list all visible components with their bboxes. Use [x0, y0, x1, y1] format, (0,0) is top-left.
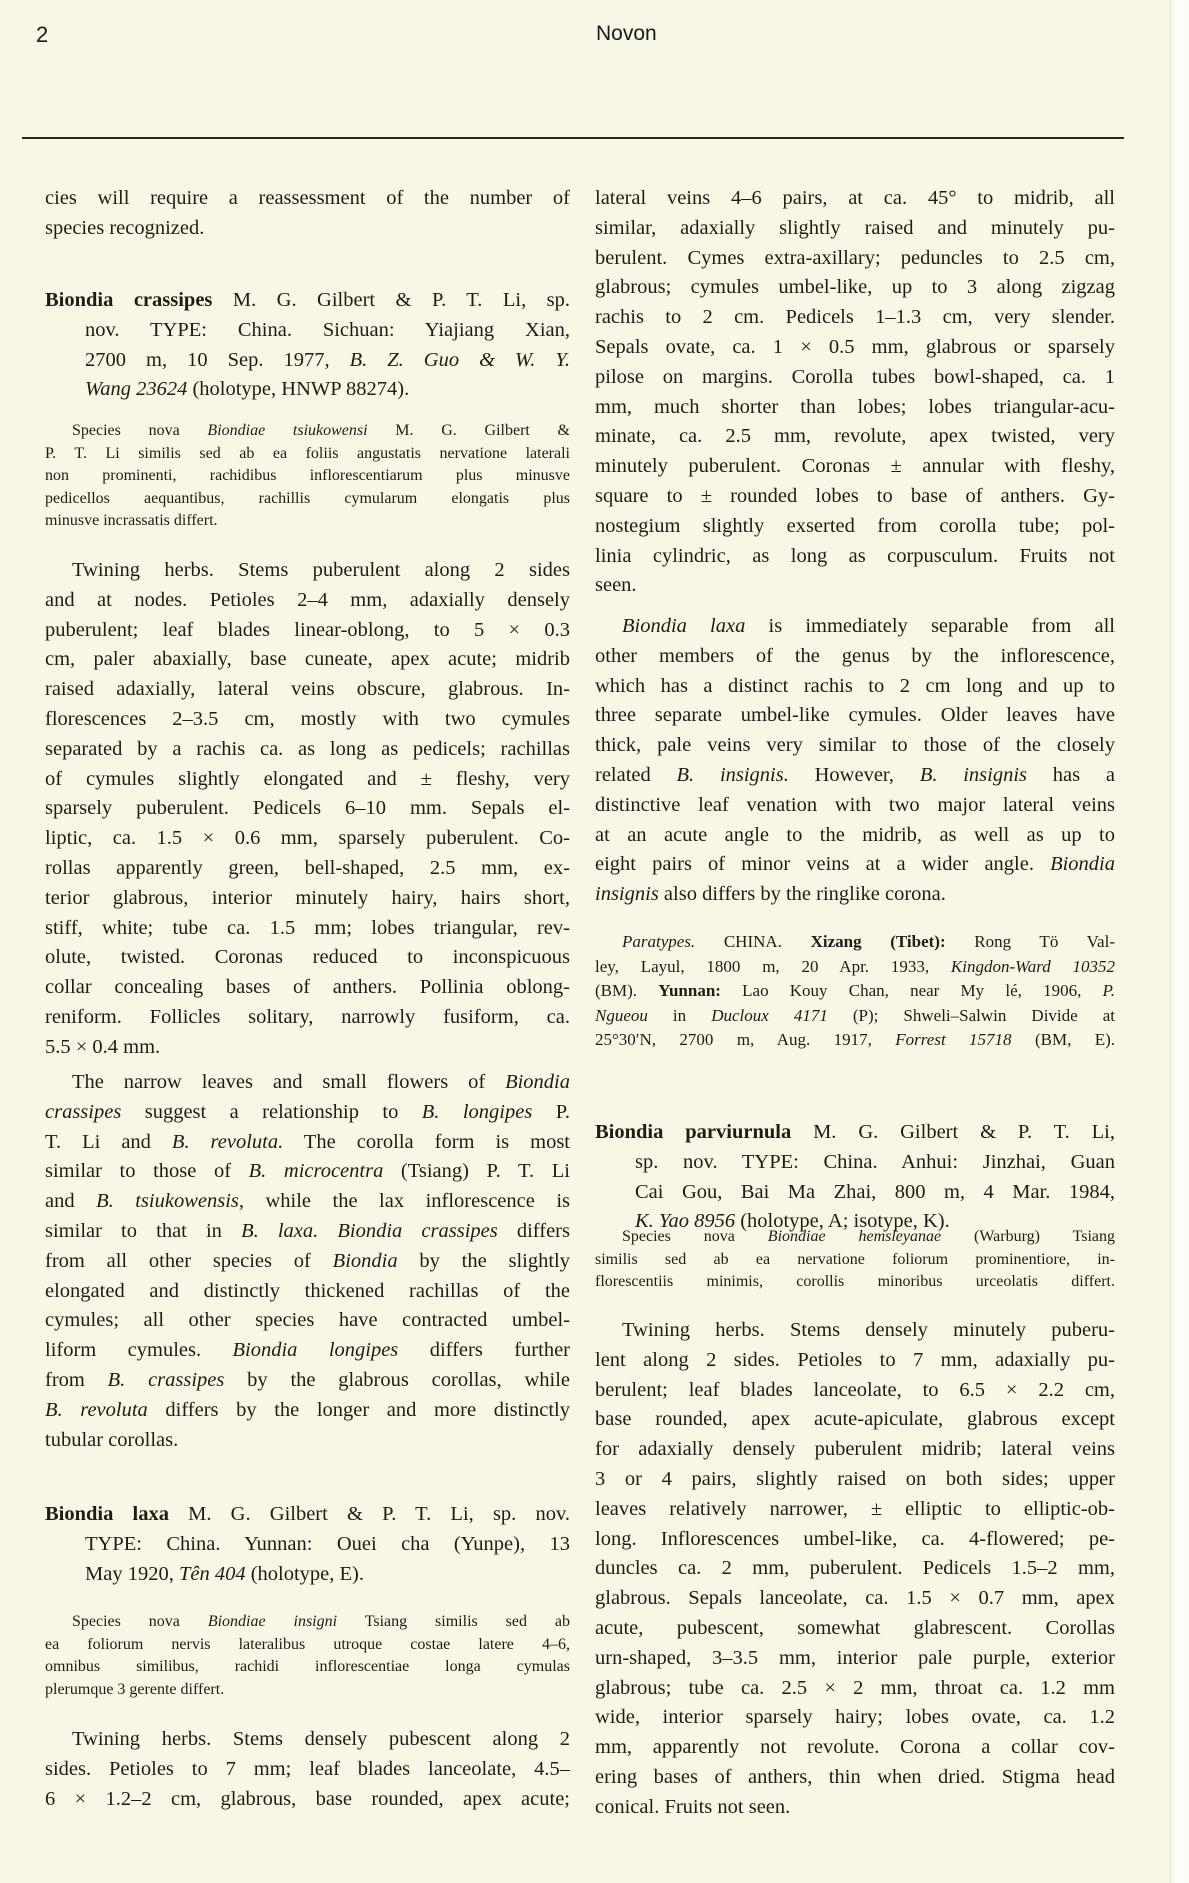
description-crassipes: Twining herbs. Stems puberulent along 2 … — [45, 556, 570, 1063]
header-rule — [22, 137, 1124, 139]
discussion-laxa: Biondia laxa is immediately separable fr… — [595, 612, 1115, 910]
discussion-crassipes: The narrow leaves and small flowers of B… — [45, 1068, 570, 1455]
species-name: Biondia crassipes — [45, 289, 212, 311]
latin-diagnosis-parviurnula: Species nova Biondiae hemsleyanae (Warbu… — [595, 1226, 1115, 1294]
intro-paragraph: cies will require a reassessment of the … — [45, 184, 570, 244]
description-laxa-start: Twining herbs. Stems densely pubescent a… — [45, 1725, 570, 1814]
species-heading-crassipes: Biondia crassipes M. G. Gilbert & P. T. … — [45, 286, 570, 405]
page-number: 2 — [36, 22, 48, 48]
species-name: Biondia laxa — [45, 1503, 169, 1525]
species-heading-laxa: Biondia laxa M. G. Gilbert & P. T. Li, s… — [45, 1500, 570, 1589]
running-head-journal: Novon — [596, 22, 657, 46]
latin-diagnosis-laxa: Species nova Biondiae insigni Tsiang sim… — [45, 1611, 570, 1701]
species-name: Biondia parviurnula — [595, 1121, 791, 1143]
description-parviurnula: Twining herbs. Stems densely minutely pu… — [595, 1316, 1115, 1823]
page-edge — [1169, 0, 1189, 1883]
latin-diagnosis-crassipes: Species nova Biondiae tsiukowensi M. G. … — [45, 420, 570, 533]
species-heading-parviurnula: Biondia parviurnula M. G. Gilbert & P. T… — [595, 1118, 1115, 1237]
description-laxa-continued: lateral veins 4–6 pairs, at ca. 45° to m… — [595, 184, 1115, 601]
paratypes-laxa: Paratypes. CHINA. Xizang (Tibet): Rong T… — [595, 930, 1115, 1053]
